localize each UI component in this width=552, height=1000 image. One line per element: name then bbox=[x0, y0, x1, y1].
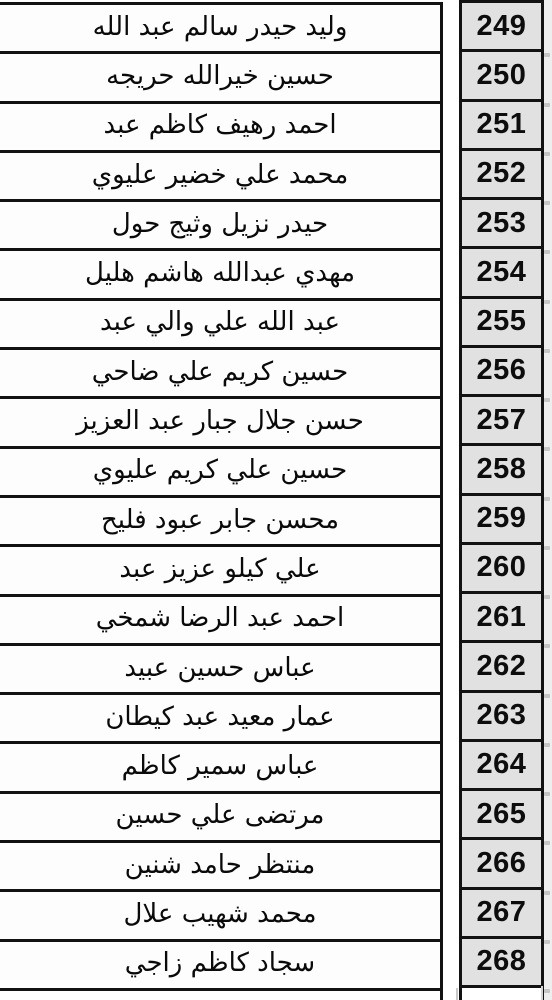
name-cell: حسين كريم علي ضاحي bbox=[0, 347, 440, 396]
number-cell: 258 bbox=[462, 443, 541, 492]
edge-strip-mark bbox=[544, 546, 550, 550]
number-cell: 263 bbox=[462, 690, 541, 739]
edge-strip-mark bbox=[544, 300, 550, 304]
edge-strip-mark bbox=[544, 891, 550, 895]
roster-page: وليد حيدر سالم عبد اللهحسين خيرالله حريج… bbox=[0, 0, 552, 1000]
name-cell: احمد رهيف كاظم عبد bbox=[0, 101, 440, 150]
number-cell: 266 bbox=[462, 837, 541, 886]
number-cell: 257 bbox=[462, 394, 541, 443]
number-cell: 264 bbox=[462, 739, 541, 788]
edge-strip-mark bbox=[544, 398, 550, 402]
number-cell: 262 bbox=[462, 640, 541, 689]
number-cell: 268 bbox=[462, 936, 541, 985]
name-cell: محمد علي خضير عليوي bbox=[0, 150, 440, 199]
name-cell: وليد حيدر سالم عبد الله bbox=[0, 2, 440, 51]
edge-strip-mark bbox=[544, 743, 550, 747]
name-cell: محسن جابر عبود فليح bbox=[0, 495, 440, 544]
number-cell: 254 bbox=[462, 246, 541, 295]
edge-strip-mark bbox=[544, 989, 550, 993]
number-cell: 252 bbox=[462, 148, 541, 197]
name-cell: عمار معيد عبد كيطان bbox=[0, 692, 440, 741]
numbers-column: 2492502512522532542552562572582592602612… bbox=[459, 0, 544, 1000]
next-row-partial bbox=[0, 988, 440, 1000]
number-cell: 256 bbox=[462, 345, 541, 394]
number-cell: 260 bbox=[462, 542, 541, 591]
names-column: وليد حيدر سالم عبد اللهحسين خيرالله حريج… bbox=[0, 2, 443, 1000]
name-cell: عباس حسين عبيد bbox=[0, 643, 440, 692]
number-cell: 250 bbox=[462, 49, 541, 98]
edge-strip-mark bbox=[544, 694, 550, 698]
edge-strip-mark bbox=[544, 595, 550, 599]
page-edge-strip bbox=[544, 0, 552, 1000]
name-cell: احمد عبد الرضا شمخي bbox=[0, 594, 440, 643]
number-cell: 255 bbox=[462, 296, 541, 345]
edge-strip-mark bbox=[544, 841, 550, 845]
edge-strip-mark bbox=[544, 250, 550, 254]
number-cell: 265 bbox=[462, 788, 541, 837]
number-cell: 267 bbox=[462, 887, 541, 936]
name-cell: سجاد كاظم زاجي bbox=[0, 939, 440, 988]
edge-strip-mark bbox=[544, 349, 550, 353]
edge-strip-mark bbox=[544, 940, 550, 944]
next-row-partial bbox=[462, 985, 541, 1000]
name-cell: حسين خيرالله حريجه bbox=[0, 51, 440, 100]
name-cell: حيدر نزيل وثيج حول bbox=[0, 199, 440, 248]
name-cell: مرتضى علي حسين bbox=[0, 791, 440, 840]
column-border-fade bbox=[456, 988, 458, 1000]
number-cell: 261 bbox=[462, 591, 541, 640]
name-cell: حسن جلال جبار عبد العزيز bbox=[0, 396, 440, 445]
edge-strip-mark bbox=[544, 447, 550, 451]
number-cell: 253 bbox=[462, 197, 541, 246]
number-cell: 259 bbox=[462, 493, 541, 542]
edge-strip-mark bbox=[544, 497, 550, 501]
edge-strip-mark bbox=[544, 53, 550, 57]
column-border-fade bbox=[541, 986, 543, 1000]
name-cell: محمد شهيب علال bbox=[0, 889, 440, 938]
name-cell: عباس سمير كاظم bbox=[0, 741, 440, 790]
edge-strip-mark bbox=[544, 792, 550, 796]
name-cell: عبد الله علي والي عبد bbox=[0, 298, 440, 347]
number-cell: 251 bbox=[462, 99, 541, 148]
edge-strip-mark bbox=[544, 201, 550, 205]
edge-strip-mark bbox=[544, 103, 550, 107]
edge-strip-mark bbox=[544, 152, 550, 156]
name-cell: مهدي عبدالله هاشم هليل bbox=[0, 248, 440, 297]
name-cell: حسين علي كريم عليوي bbox=[0, 446, 440, 495]
number-cell: 249 bbox=[462, 0, 541, 49]
name-cell: منتظر حامد شنين bbox=[0, 840, 440, 889]
edge-strip-mark bbox=[544, 644, 550, 648]
name-cell: علي كيلو عزيز عبد bbox=[0, 544, 440, 593]
